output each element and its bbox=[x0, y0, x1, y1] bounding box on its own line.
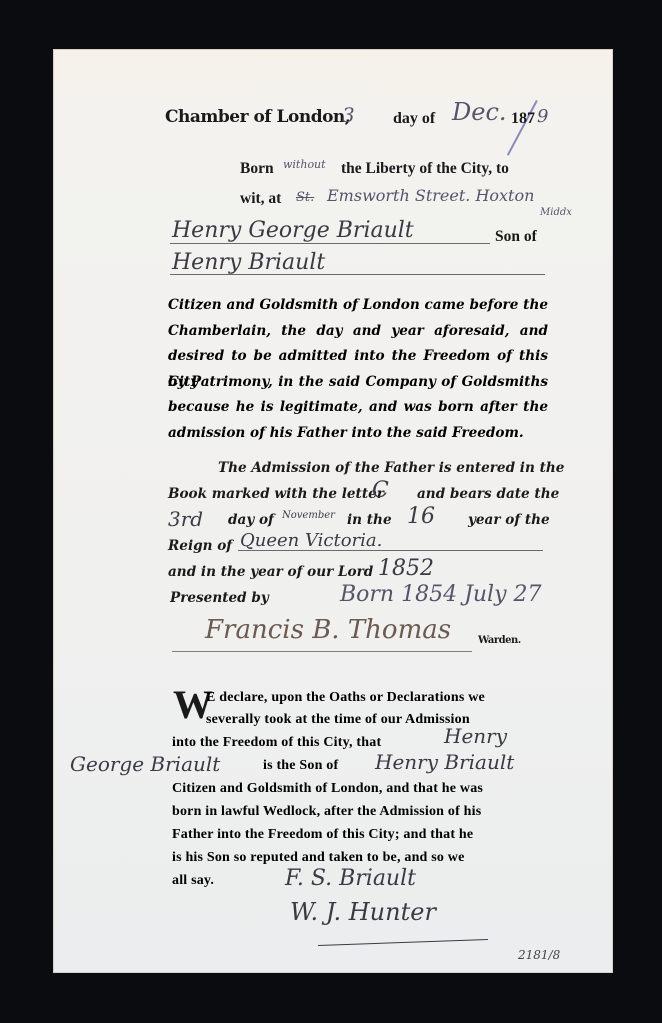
declaration-line: into the Freedom of this City, that bbox=[172, 735, 381, 751]
regnal-year-handwritten: 16 bbox=[407, 504, 435, 529]
paragraph-line: because he is legitimate, and was born a… bbox=[168, 395, 548, 421]
born-label: Born bbox=[240, 160, 274, 178]
day-handwritten: 3 bbox=[342, 103, 355, 127]
warden-label: Warden. bbox=[478, 635, 521, 646]
son-first-handwritten: Henry bbox=[444, 724, 507, 748]
paragraph-line: desired to be admitted into the Freedom … bbox=[168, 344, 548, 370]
admission-line-1: The Admission of the Father is entered i… bbox=[218, 460, 564, 476]
son-rest-handwritten: George Briault bbox=[70, 752, 220, 776]
day-handwritten-father: 3rd bbox=[168, 507, 203, 531]
day-of-label-2: day of bbox=[228, 512, 274, 528]
year-handwritten: 9 bbox=[537, 106, 548, 127]
year-of-the-label: year of the bbox=[468, 512, 550, 528]
warden-signature: Francis B. Thomas bbox=[205, 615, 451, 645]
paragraph-line: Citizen and Goldsmith of London came bef… bbox=[168, 293, 548, 319]
declaration-line: all say. bbox=[172, 873, 214, 889]
signature-hunter: W. J. Hunter bbox=[290, 898, 436, 926]
month-handwritten: Dec. bbox=[452, 98, 507, 126]
letter-handwritten: C bbox=[372, 478, 389, 503]
declaration-line: Father into the Freedom of this City; an… bbox=[172, 827, 473, 843]
paragraph-line: by Patrimony, in the said Company of Gol… bbox=[168, 370, 548, 396]
father-handwritten: Henry Briault bbox=[375, 750, 514, 774]
declaration-line: E declare, upon the Oaths or Declaration… bbox=[206, 690, 485, 706]
paragraph-line: Chamberlain, the day and year aforesaid,… bbox=[168, 319, 548, 345]
son-of-label: Son of bbox=[495, 228, 537, 246]
warden-signature-rule bbox=[172, 651, 472, 652]
reign-of-label: Reign of bbox=[168, 538, 232, 554]
county-handwritten: Middx bbox=[540, 207, 572, 218]
liberty-text: the Liberty of the City, to bbox=[341, 160, 509, 178]
declaration-line: is his Son so reputed and taken to be, a… bbox=[172, 850, 465, 866]
day-of-label: day of bbox=[393, 110, 435, 128]
wit-at-label: wit, at bbox=[240, 190, 281, 208]
declaration-line: born in lawful Wedlock, after the Admiss… bbox=[172, 804, 481, 820]
book-marked-label: Book marked with the letter bbox=[168, 486, 384, 502]
father-name-handwritten: Henry Briault bbox=[172, 250, 325, 275]
year-handwritten-father: 1852 bbox=[378, 556, 434, 581]
liberty-handwritten: without bbox=[283, 158, 326, 171]
monarch-handwritten: Queen Victoria. bbox=[240, 530, 382, 551]
year-printed: 187 bbox=[511, 110, 535, 128]
father-name-rule bbox=[170, 274, 545, 275]
declaration-line: is the Son of bbox=[263, 758, 338, 774]
son-name-rule bbox=[170, 243, 490, 244]
chamber-heading: Chamber of London, bbox=[165, 107, 350, 127]
address-handwritten: Emsworth Street. Hoxton bbox=[327, 186, 534, 205]
son-name-handwritten: Henry George Briault bbox=[172, 218, 414, 243]
year-of-lord-label: and in the year of our Lord bbox=[168, 564, 373, 580]
declaration-line: severally took at the time of our Admiss… bbox=[206, 712, 470, 728]
month-handwritten-father: November bbox=[282, 510, 335, 521]
reign-rule bbox=[238, 550, 543, 551]
reference-number: 2181/8 bbox=[518, 948, 560, 962]
born-note-handwritten: Born 1854 July 27 bbox=[340, 582, 542, 607]
presented-by-label: Presented by bbox=[170, 590, 269, 606]
in-the-label: in the bbox=[347, 512, 392, 528]
paragraph-line: admission of his Father into the said Fr… bbox=[168, 421, 548, 447]
bears-date-label: and bears date the bbox=[417, 486, 559, 502]
address-struck: St. bbox=[296, 190, 314, 205]
signature-briault: F. S. Briault bbox=[285, 866, 416, 891]
declaration-line: Citizen and Goldsmith of London, and tha… bbox=[172, 781, 483, 797]
admission-paragraph: Citizen and Goldsmith of London came bef… bbox=[168, 293, 548, 446]
